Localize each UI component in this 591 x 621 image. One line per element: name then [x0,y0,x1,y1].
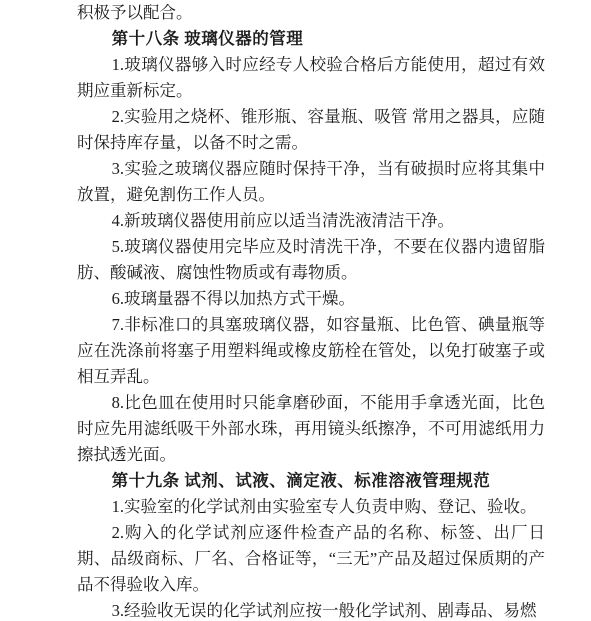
document-body: 积极予以配合。第十八条 玻璃仪器的管理1.玻璃仪器够入时应经专人校验合格后方能使… [0,0,591,621]
paragraph: 积极予以配合。 [77,0,545,26]
section-heading: 第十八条 玻璃仪器的管理 [77,26,545,52]
paragraph: 1.玻璃仪器够入时应经专人校验合格后方能使用，超过有效期应重新标定。 [77,52,545,104]
paragraph: 3.经验收无误的化学试剂应按一般化学试剂、剧毒品、易燃 [77,598,545,621]
paragraph: 1.实验室的化学试剂由实验室专人负责申购、登记、验收。 [77,494,545,520]
section-heading: 第十九条 试剂、试液、滴定液、标准溶液管理规范 [77,468,545,494]
document-page: 积极予以配合。第十八条 玻璃仪器的管理1.玻璃仪器够入时应经专人校验合格后方能使… [0,0,591,621]
paragraph: 7.非标准口的具塞玻璃仪器，如容量瓶、比色管、碘量瓶等应在洗涤前将塞子用塑料绳或… [77,312,545,390]
paragraph: 8.比色皿在使用时只能拿磨砂面，不能用手拿透光面，比色时应先用滤纸吸干外部水珠，… [77,390,545,468]
paragraph: 5.玻璃仪器使用完毕应及时清洗干净，不要在仪器内遗留脂肪、酸碱液、腐蚀性物质或有… [77,234,545,286]
paragraph: 4.新玻璃仪器使用前应以适当清洗液清洁干净。 [77,208,545,234]
paragraph: 6.玻璃量器不得以加热方式干燥。 [77,286,545,312]
paragraph: 2.购入的化学试剂应逐件检查产品的名称、标签、出厂日期、品级商标、厂名、合格证等… [77,520,545,598]
paragraph: 2.实验用之烧杯、锥形瓶、容量瓶、吸管 常用之器具，应随时保持库存量，以备不时之… [77,104,545,156]
paragraph: 3.实验之玻璃仪器应随时保持干净，当有破损时应将其集中放置，避免割伤工作人员。 [77,156,545,208]
